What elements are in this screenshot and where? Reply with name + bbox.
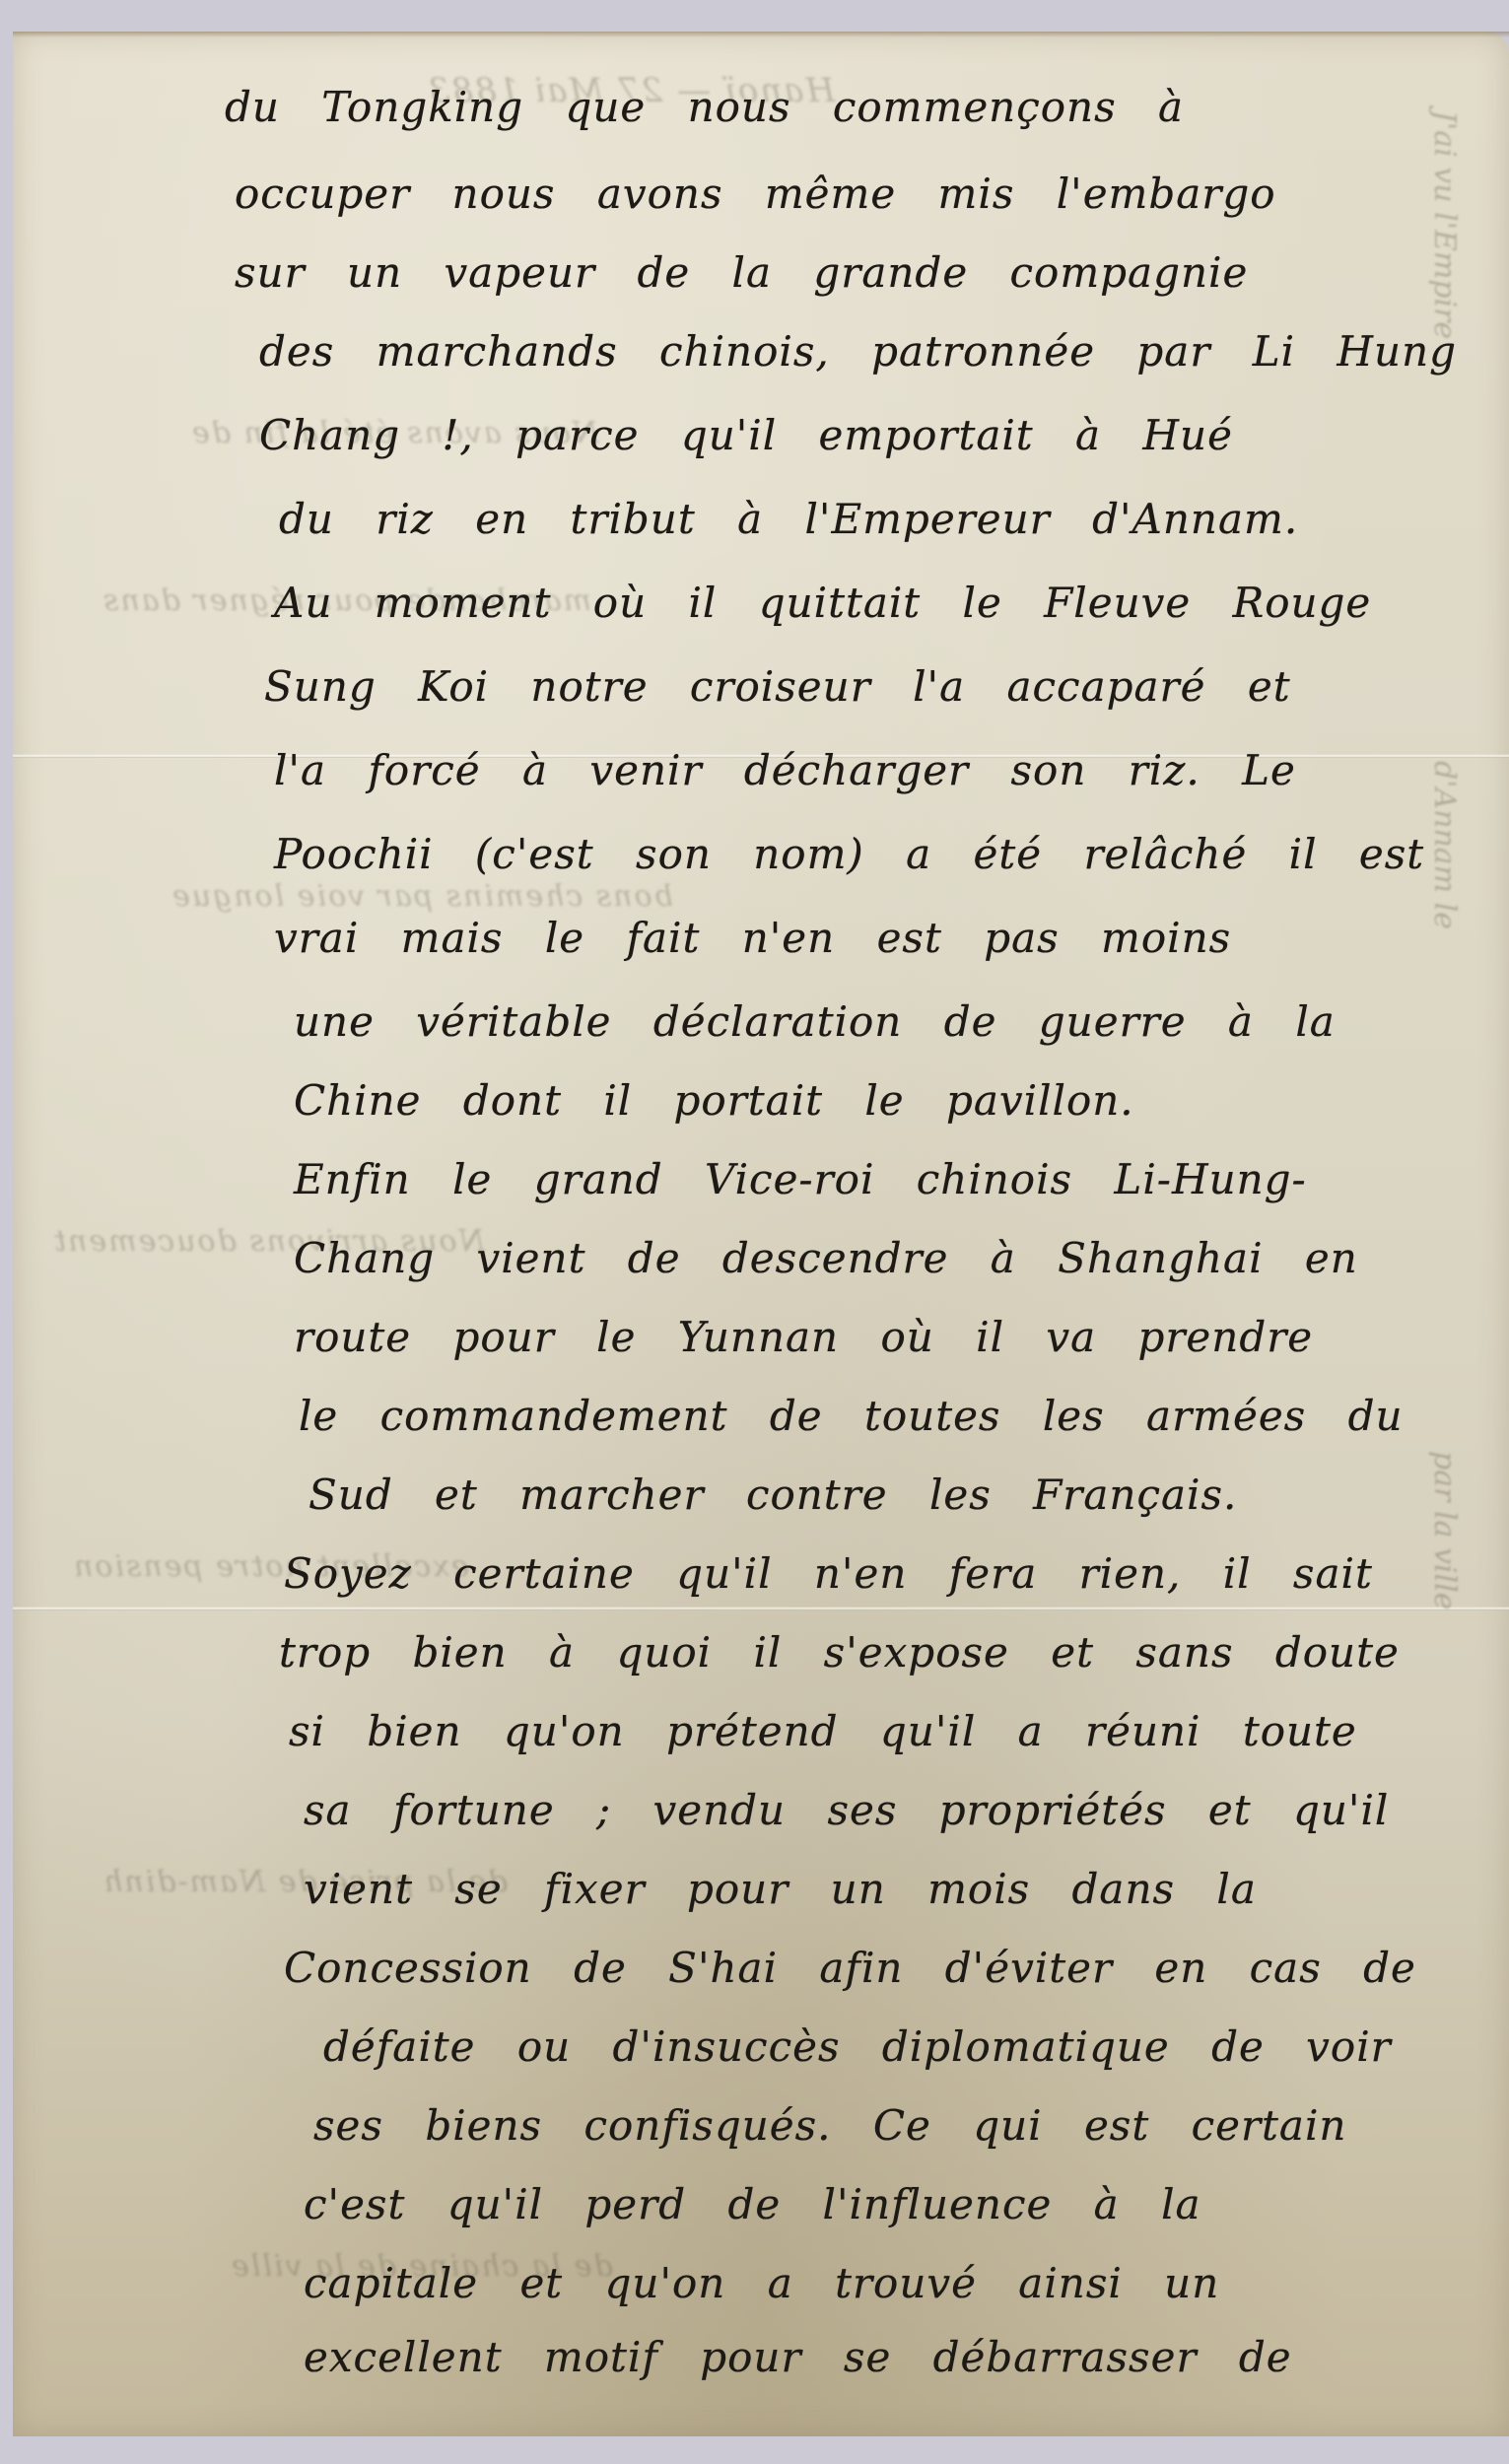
letter-line: une véritable déclaration de guerre à la [294,997,1336,1046]
letter-line: l'a forcé à venir décharger son riz. Le [274,746,1296,794]
letter-line: Chine dont il portait le pavillon. [294,1076,1134,1125]
letter-line: vrai mais le fait n'en est pas moins [274,914,1231,962]
letter-line: Au moment où il quittait le Fleuve Rouge [274,579,1371,627]
letter-line: si bien qu'on prétend qu'il a réuni tout… [289,1707,1357,1755]
letter-line: Concession de S'hai afin d'éviter en cas… [284,1944,1416,1992]
letter-line: le commandement de toutes les armées du [299,1392,1404,1440]
letter-line: Chang !, parce qu'il emportait à Hué [259,411,1233,459]
letter-line: défaite ou d'insuccès diplomatique de vo… [323,2022,1392,2071]
letter-line: des marchands chinois, patronnée par Li … [259,327,1457,376]
letter-line: Enfin le grand Vice-roi chinois Li-Hung- [294,1155,1307,1203]
letter-line: Poochii (c'est son nom) a été relâché il… [274,830,1424,878]
letter-paper: Hanoï — 27 Mai 1883 Nous avons été la fi… [13,32,1509,2436]
letter-line: occuper nous avons même mis l'embargo [235,170,1276,218]
letter-body: du Tongking que nous commençons à occupe… [13,32,1509,2436]
letter-line: ses biens confisqués. Ce qui est certain [313,2101,1346,2150]
letter-line: Chang vient de descendre à Shanghai en [294,1234,1358,1282]
letter-line: du Tongking que nous commençons à [225,83,1184,131]
letter-line: sa fortune ; vendu ses propriétés et qu'… [304,1786,1389,1834]
letter-line: du riz en tribut à l'Empereur d'Annam. [279,495,1298,543]
letter-line: excellent motif pour se débarrasser de [304,2333,1292,2381]
letter-line: c'est qu'il perd de l'influence à la [304,2180,1201,2228]
letter-line: Sud et marcher contre les Français. [309,1471,1237,1519]
letter-line: Soyez certaine qu'il n'en fera rien, il … [284,1549,1373,1598]
letter-line: sur un vapeur de la grande compagnie [235,248,1248,297]
letter-line: trop bien à quoi il s'expose et sans dou… [279,1628,1400,1677]
letter-line: vient se fixer pour un mois dans la [304,1865,1257,1913]
letter-line: route pour le Yunnan où il va prendre [294,1313,1313,1361]
letter-line: capitale et qu'on a trouvé ainsi un [304,2259,1219,2307]
letter-line: Sung Koi notre croiseur l'a accaparé et [264,662,1291,711]
